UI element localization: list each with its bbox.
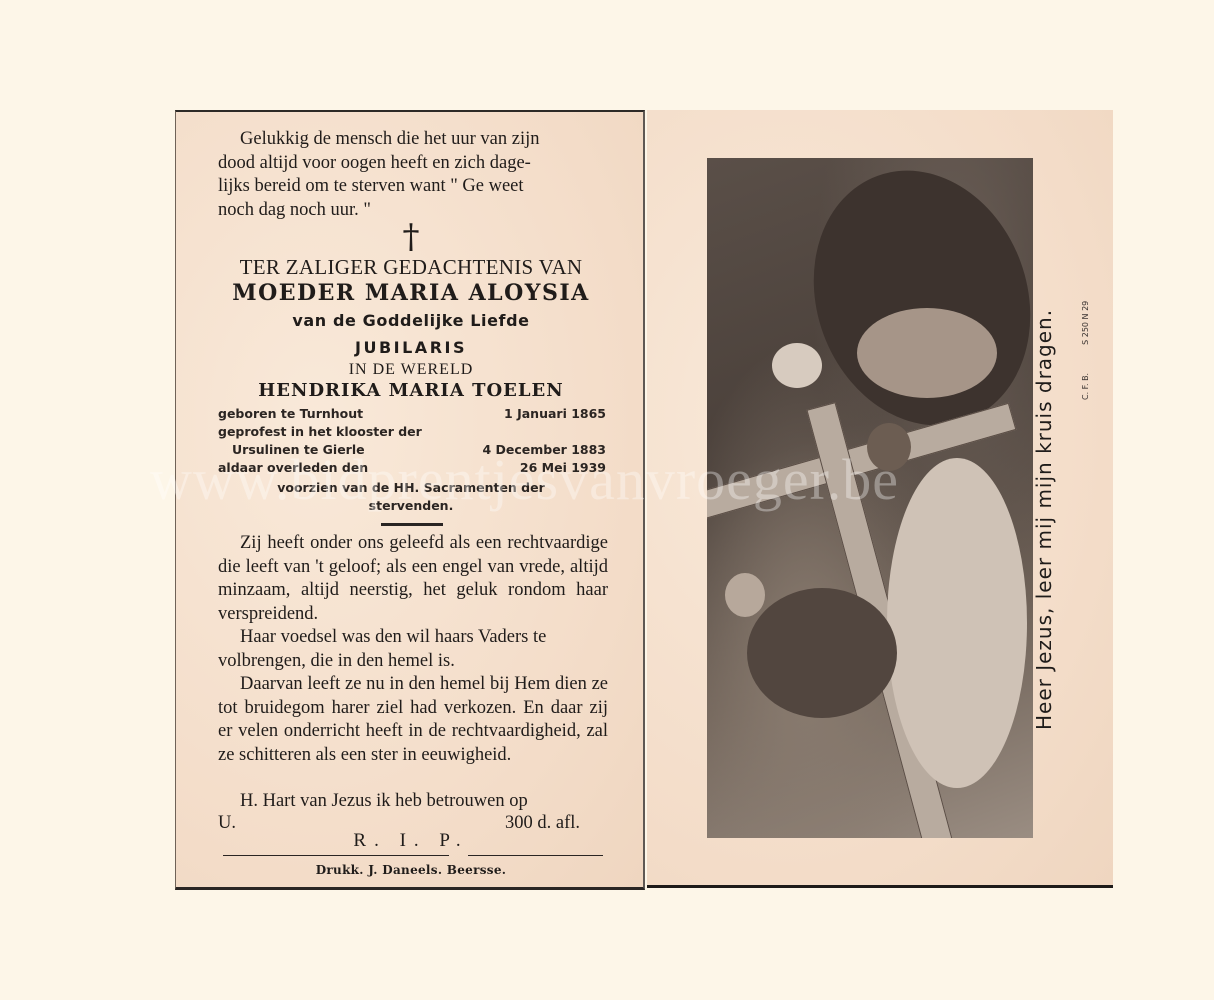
fact-birth: geboren te Turnhout 1 Januari 1865 — [218, 405, 606, 423]
eulogy-text: Zij heeft onder ons geleefd als een rech… — [218, 532, 608, 767]
prayer-block: H. Hart van Jezus ik heb betrouwen op U.… — [218, 790, 608, 834]
memorial-card-text-side: Gelukkig de mensch die het uur van zijn … — [175, 110, 645, 890]
religious-name: MOEDER MARIA ALOYSIA — [176, 280, 646, 306]
divider-long-right — [468, 855, 603, 856]
jubilarian-title: JUBILARIS — [176, 338, 646, 357]
cross-icon: † — [176, 220, 646, 254]
printer-credit: Drukk. J. Daneels. Beersse. — [176, 863, 646, 877]
civil-name: HENDRIKA MARIA TOELEN — [176, 380, 646, 401]
prayer-line: H. Hart van Jezus ik heb betrouwen op — [218, 790, 608, 812]
memorial-card-image-side: Heer Jezus, leer mij mijn kruis dragen. … — [647, 110, 1113, 888]
quote-line-3: lijks bereid om te sterven want " Ge wee… — [218, 175, 608, 199]
fact-date: 26 Mei 1939 — [520, 459, 606, 477]
divider-long-left — [223, 855, 449, 856]
congregation: van de Goddelijke Liefde — [176, 311, 646, 330]
figure-jesus-head — [867, 423, 911, 471]
figure-mary-head — [772, 343, 822, 388]
fact-label: aldaar overleden den — [218, 459, 368, 477]
eulogy-paragraph-1: Zij heeft onder ons geleefd als een rech… — [218, 532, 608, 626]
series-code: S 250 N 29 — [1081, 301, 1095, 345]
fact-label: Ursulinen te Gierle — [218, 441, 365, 459]
quote-line-1: Gelukkig de mensch die het uur van zijn — [218, 128, 608, 152]
in-the-world-label: IN DE WERELD — [176, 361, 646, 379]
devotional-painting — [707, 158, 1033, 838]
print-codes: C. F. B. S 250 N 29 — [1081, 160, 1095, 400]
life-facts: geboren te Turnhout 1 Januari 1865 gepro… — [218, 405, 606, 477]
figure-simon-robe — [747, 588, 897, 718]
figure-jesus-robe — [887, 458, 1027, 788]
rip: R. I. P. — [176, 830, 646, 852]
figure-simon-head — [725, 573, 765, 617]
fact-date: 4 December 1883 — [482, 441, 606, 459]
fact-convent: Ursulinen te Gierle 4 December 1883 — [218, 441, 606, 459]
figure-mary-mantle — [857, 308, 997, 398]
publisher-code: C. F. B. — [1081, 373, 1095, 400]
sacraments-note: voorzien van de HH. Sacramenten der ster… — [236, 479, 586, 515]
quote-line-2: dood altijd voor oogen heeft en zich dag… — [218, 152, 608, 176]
fact-label: geboren te Turnhout — [218, 405, 363, 423]
eulogy-paragraph-2: Haar voedsel was den wil haars Vaders te… — [218, 626, 608, 673]
eulogy-paragraph-3: Daarvan leeft ze nu in den hemel bij Hem… — [218, 673, 608, 767]
opening-quote: Gelukkig de mensch die het uur van zijn … — [218, 128, 608, 222]
image-caption: Heer Jezus, leer mij mijn kruis dragen. — [1032, 270, 1062, 730]
memorial-heading: TER ZALIGER GEDACHTENIS VAN — [176, 255, 646, 280]
fact-profession: geprofest in het klooster der — [218, 423, 606, 441]
divider-short — [381, 523, 443, 526]
fact-label: geprofest in het klooster der — [218, 423, 422, 441]
fact-death: aldaar overleden den 26 Mei 1939 — [218, 459, 606, 477]
fact-date: 1 Januari 1865 — [504, 405, 606, 423]
